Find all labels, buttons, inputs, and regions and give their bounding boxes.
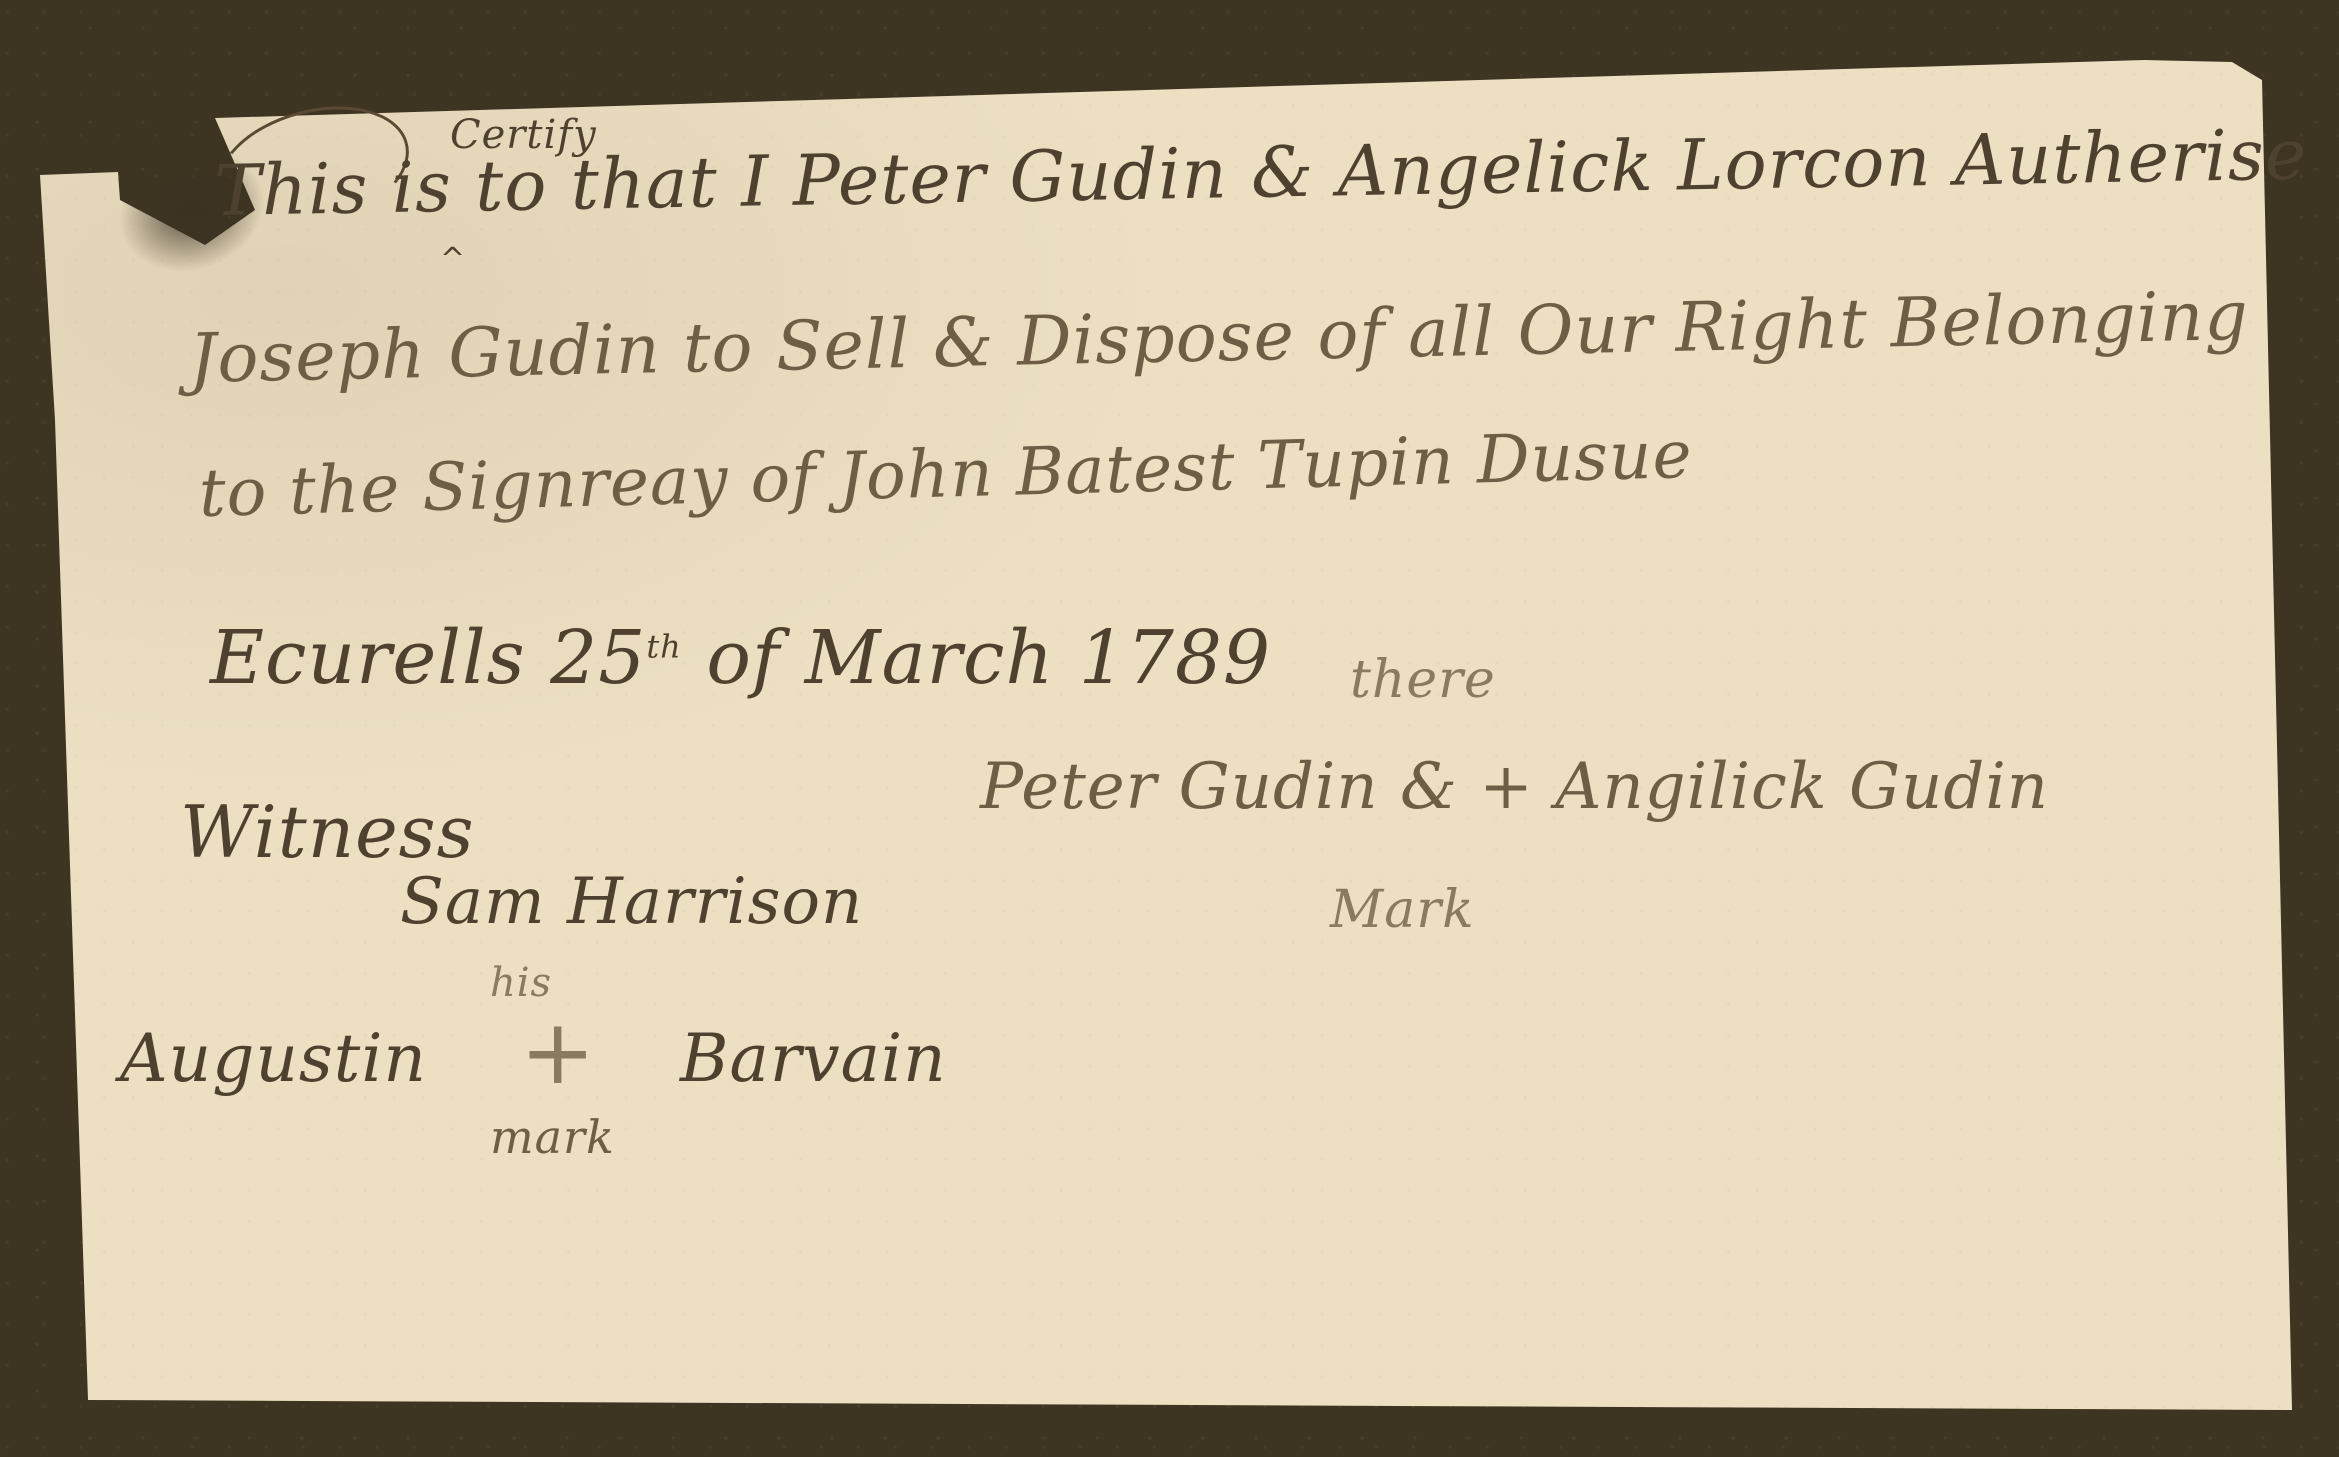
date-place: Ecurells (210, 615, 526, 701)
date-day: 25 (550, 615, 646, 701)
date-line: Ecurells 25th of March 1789 (210, 615, 1271, 701)
date-year: 1789 (1079, 615, 1271, 701)
signatories-names: Peter Gudin & + Angilick Gudin (980, 750, 2049, 824)
insertion-caret: ^ (440, 242, 465, 277)
witness-label: Witness (180, 790, 475, 874)
date-of: of (706, 615, 780, 701)
date-day-suffix: th (646, 627, 681, 665)
witness-1-signature: Sam Harrison (400, 865, 863, 939)
witness-2-cross-mark: + (520, 1000, 596, 1105)
signatories-mark-label: Mark (1330, 880, 1475, 940)
witness-2-first-name: Augustin (120, 1020, 427, 1097)
witness-2-mark-label: mark (490, 1110, 615, 1164)
their-label: there (1350, 650, 1496, 710)
witness-2-last-name: Barvain (680, 1020, 947, 1097)
date-month: March (805, 615, 1054, 701)
